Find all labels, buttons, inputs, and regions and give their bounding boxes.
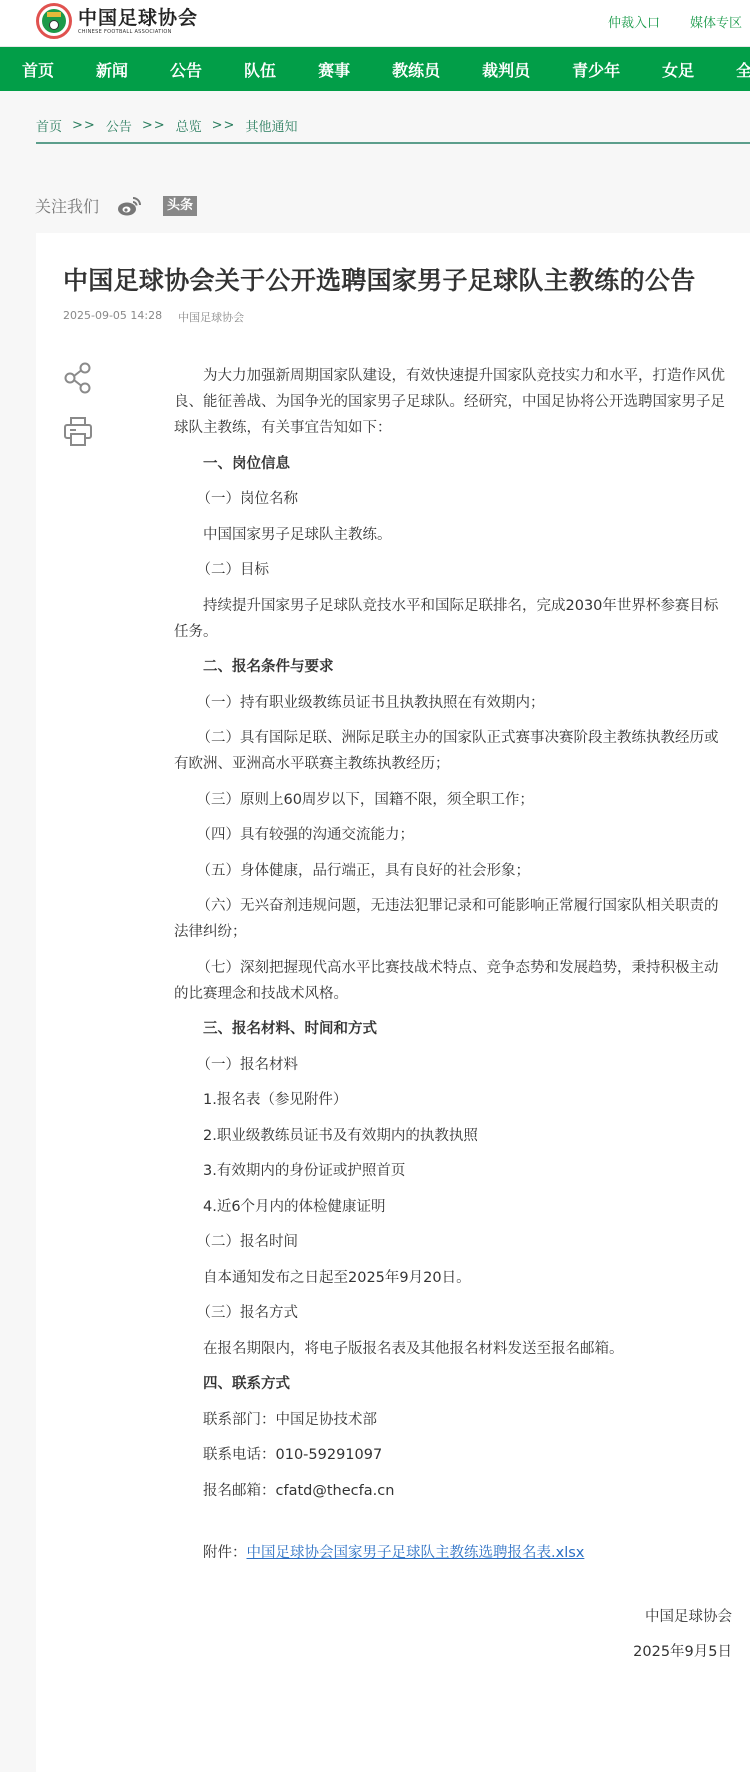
section-heading: 二、报名条件与要求 xyxy=(174,654,732,680)
breadcrumb-overview[interactable]: 总览 xyxy=(176,116,202,135)
attachment-label: 附件： xyxy=(203,1545,247,1561)
paragraph: 中国国家男子足球队主教练。 xyxy=(174,522,732,548)
nav-item-matches[interactable]: 赛事 xyxy=(318,58,350,81)
article-card: 中国足球协会关于公开选聘国家男子足球队主教练的公告 2025-09-05 14:… xyxy=(36,233,750,1772)
intro-paragraph: 为大力加强新周期国家队建设，有效快速提升国家队竞技实力和水平，打造作风优良、能征… xyxy=(174,363,732,441)
paragraph: 持续提升国家男子足球队竞技水平和国际足联排名，完成2030年世界杯参赛目标任务。 xyxy=(174,593,732,645)
subsection-heading: （一）报名材料 xyxy=(174,1052,732,1078)
top-header: 中国足球协会 CHINESE FOOTBALL ASSOCIATION 仲裁入口… xyxy=(0,0,750,46)
requirement-item: （一）持有职业级教练员证书且执教执照在有效期内； xyxy=(174,690,732,716)
paragraph: 自本通知发布之日起至2025年9月20日。 xyxy=(174,1265,732,1291)
arbitration-entry-link[interactable]: 仲裁入口 xyxy=(608,12,660,31)
contact-phone: 联系电话：010-59291097 xyxy=(174,1442,732,1468)
contact-email: 报名邮箱：cfatd@thecfa.cn xyxy=(174,1478,732,1504)
print-icon[interactable] xyxy=(62,415,94,449)
requirement-item: （七）深刻把握现代高水平比赛技战术特点、竞争态势和发展趋势，秉持积极主动的比赛理… xyxy=(174,955,732,1007)
breadcrumb-other-notices[interactable]: 其他通知 xyxy=(245,116,297,135)
weibo-icon[interactable] xyxy=(117,195,143,217)
nav-item-home[interactable]: 首页 xyxy=(22,58,54,81)
cfa-logo[interactable]: 中国足球协会 CHINESE FOOTBALL ASSOCIATION xyxy=(36,3,198,39)
contact-dept: 联系部门：中国足协技术部 xyxy=(174,1407,732,1433)
requirement-item: （四）具有较强的沟通交流能力； xyxy=(174,822,732,848)
attachment: 附件：中国足球协会国家男子足球队主教练选聘报名表.xlsx xyxy=(174,1540,732,1566)
breadcrumb: 首页 >> 公告 >> 总览 >> 其他通知 xyxy=(36,116,750,135)
breadcrumb-announcements[interactable]: 公告 xyxy=(106,116,132,135)
breadcrumb-divider xyxy=(36,142,750,144)
requirement-item: （三）原则上60周岁以下，国籍不限，须全职工作； xyxy=(174,787,732,813)
cfa-emblem-icon xyxy=(36,3,72,39)
section-heading: 三、报名材料、时间和方式 xyxy=(174,1016,732,1042)
media-zone-link[interactable]: 媒体专区 xyxy=(690,12,742,31)
material-item: 1.报名表（参见附件） xyxy=(174,1087,732,1113)
requirement-item: （五）身体健康，品行端正，具有良好的社会形象； xyxy=(174,858,732,884)
article-meta: 2025-09-05 14:28 中国足球协会 xyxy=(63,309,244,325)
nav-item-womens[interactable]: 女足 xyxy=(662,58,694,81)
logo-title: 中国足球协会 xyxy=(78,7,198,29)
toutiao-icon[interactable]: 头条 xyxy=(163,196,197,216)
nav-item-more[interactable]: 全 xyxy=(736,58,750,81)
signature-org: 中国足球协会 xyxy=(174,1604,732,1630)
article-tools xyxy=(62,361,94,469)
material-item: 3.有效期内的身份证或护照首页 xyxy=(174,1158,732,1184)
follow-us-label: 关注我们 xyxy=(35,194,99,217)
subsection-heading: （二）目标 xyxy=(174,557,732,583)
requirement-item: （六）无兴奋剂违规问题，无违法犯罪记录和可能影响正常履行国家队相关职责的法律纠纷… xyxy=(174,893,732,945)
section-heading: 四、联系方式 xyxy=(174,1371,732,1397)
breadcrumb-separator: >> xyxy=(212,118,236,133)
material-item: 4.近6个月内的体检健康证明 xyxy=(174,1194,732,1220)
material-item: 2.职业级教练员证书及有效期内的执教执照 xyxy=(174,1123,732,1149)
main-nav: 首页 新闻 公告 队伍 赛事 教练员 裁判员 青少年 女足 全 xyxy=(0,46,750,91)
nav-item-teams[interactable]: 队伍 xyxy=(244,58,276,81)
paragraph: 在报名期限内，将电子版报名表及其他报名材料发送至报名邮箱。 xyxy=(174,1336,732,1362)
article-body: 为大力加强新周期国家队建设，有效快速提升国家队竞技实力和水平，打造作风优良、能征… xyxy=(174,363,732,1675)
nav-item-announcements[interactable]: 公告 xyxy=(170,58,202,81)
signature-date: 2025年9月5日 xyxy=(174,1639,732,1665)
nav-item-coaches[interactable]: 教练员 xyxy=(392,58,440,81)
attachment-link[interactable]: 中国足球协会国家男子足球队主教练选聘报名表.xlsx xyxy=(247,1545,585,1561)
article-title: 中国足球协会关于公开选聘国家男子足球队主教练的公告 xyxy=(63,261,696,297)
subsection-heading: （一）岗位名称 xyxy=(174,486,732,512)
article-date: 2025-09-05 14:28 xyxy=(63,309,162,325)
subsection-heading: （二）报名时间 xyxy=(174,1229,732,1255)
subsection-heading: （三）报名方式 xyxy=(174,1300,732,1326)
breadcrumb-home[interactable]: 首页 xyxy=(36,116,62,135)
share-icon[interactable] xyxy=(62,361,94,395)
requirement-item: （二）具有国际足联、洲际足联主办的国家队正式赛事决赛阶段主教练执教经历或有欧洲、… xyxy=(174,725,732,777)
top-links: 仲裁入口 媒体专区 xyxy=(608,12,742,31)
nav-item-referees[interactable]: 裁判员 xyxy=(482,58,530,81)
follow-us: 关注我们 头条 xyxy=(35,194,197,217)
logo-subtitle: CHINESE FOOTBALL ASSOCIATION xyxy=(78,29,198,36)
article-source: 中国足球协会 xyxy=(178,309,244,325)
nav-item-news[interactable]: 新闻 xyxy=(96,58,128,81)
breadcrumb-separator: >> xyxy=(142,118,166,133)
nav-item-youth[interactable]: 青少年 xyxy=(572,58,620,81)
section-heading: 一、岗位信息 xyxy=(174,451,732,477)
breadcrumb-separator: >> xyxy=(72,118,96,133)
